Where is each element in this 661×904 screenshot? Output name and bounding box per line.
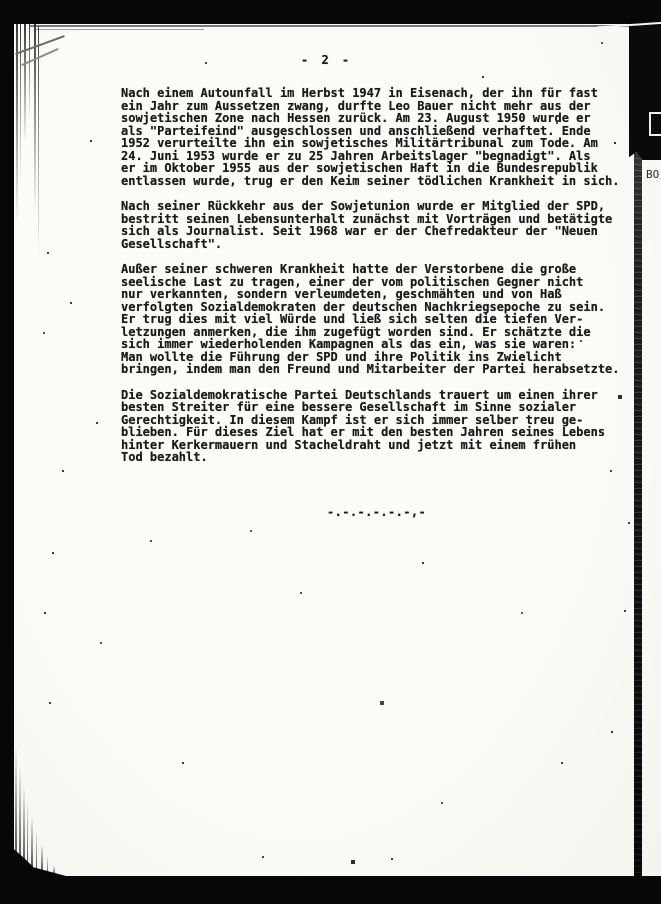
paragraph-accident-arrest: Nach einem Autounfall im Herbst 1947 in …: [121, 87, 637, 187]
page-top-edge-line: [30, 25, 632, 27]
scan-border-left: [0, 0, 14, 904]
sheet-edge-streak: [38, 26, 39, 261]
scanned-document-screenshot: { "document": { "page_number": "- 2 -", …: [0, 0, 661, 904]
paragraph-burden-campaigns: Außer seiner schweren Krankheit hatte de…: [121, 263, 637, 376]
page-top-edge-line-faint: [34, 29, 204, 30]
sheet-edge-streak: [20, 24, 21, 184]
paragraph-spd-mourning: Die Sozialdemokratische Partei Deutschla…: [121, 389, 637, 464]
sheet-edge-streak: [34, 24, 36, 214]
sheet-edge-streak: [24, 24, 26, 144]
sheet-edge-streak: [29, 24, 30, 119]
document-text-block: Nach einem Autounfall im Herbst 1947 in …: [121, 87, 637, 518]
page-number: - 2 -: [301, 53, 352, 67]
section-separator: -.-.-.-.-.-,-: [327, 506, 637, 519]
scan-border-bottom: [0, 876, 661, 904]
margin-label: BO: [646, 168, 659, 181]
scan-corner-notch: [649, 112, 661, 136]
scan-border-top: [0, 0, 661, 24]
scan-noise-speckles: [0, 0, 2, 2]
paragraph-return-spd: Nach seiner Rückkehr aus der Sowjetunion…: [121, 200, 637, 250]
